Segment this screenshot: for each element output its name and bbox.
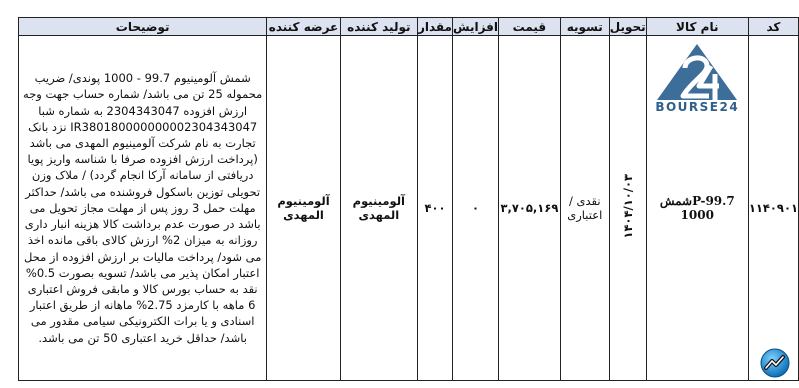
header-row: کد نام کالا تحویل تسویه قیمت افزایش مقدا… xyxy=(19,18,799,36)
cell-description: شمش آلومینیوم 99.7 - 1000 پوندی/ ضریب مح… xyxy=(19,36,267,381)
cell-code: ۱۱۴۰۹۰۱ xyxy=(748,36,798,381)
header-producer: تولید کننده xyxy=(340,18,417,36)
offer-table: کد نام کالا تحویل تسویه قیمت افزایش مقدا… xyxy=(18,17,799,381)
product-name-text: P-99.7شمش 1000 xyxy=(660,194,735,222)
cell-increase: ۰ xyxy=(453,36,499,381)
header-product-name: نام کالا xyxy=(646,18,748,36)
cell-price: ۳,۷۰۵,۱۶۹ xyxy=(499,36,561,381)
cell-settlement: نقدی / اعتباری xyxy=(560,36,609,381)
table-row: ۱۱۴۰۹۰۱ BOURSE24 P-99.7شمش 1000 ۱۴۰۴/۱۰/… xyxy=(19,36,799,381)
bourse24-logo: BOURSE24 xyxy=(647,42,748,114)
cell-quantity: ۴۰۰ xyxy=(417,36,452,381)
cell-delivery: ۱۴۰۴/۱۰/۰۳ xyxy=(609,36,646,381)
header-settlement: تسویه xyxy=(560,18,609,36)
header-supplier: عرضه کننده xyxy=(267,18,340,36)
cell-producer: آلومینیوم المهدی xyxy=(340,36,417,381)
cell-supplier: آلومینیوم المهدی xyxy=(267,36,340,381)
header-increase: افزایش xyxy=(453,18,499,36)
header-code: کد xyxy=(748,18,798,36)
cell-product-name: BOURSE24 P-99.7شمش 1000 xyxy=(646,36,748,381)
header-price: قیمت xyxy=(499,18,561,36)
delivery-date: ۱۴۰۴/۱۰/۰۳ xyxy=(621,174,635,239)
trend-up-badge-icon xyxy=(760,348,790,378)
header-quantity: مقدار xyxy=(417,18,452,36)
header-delivery: تحویل xyxy=(609,18,646,36)
header-description: توضیحات xyxy=(19,18,267,36)
bourse24-logo-icon xyxy=(655,42,739,102)
logo-text: BOURSE24 xyxy=(655,100,739,114)
